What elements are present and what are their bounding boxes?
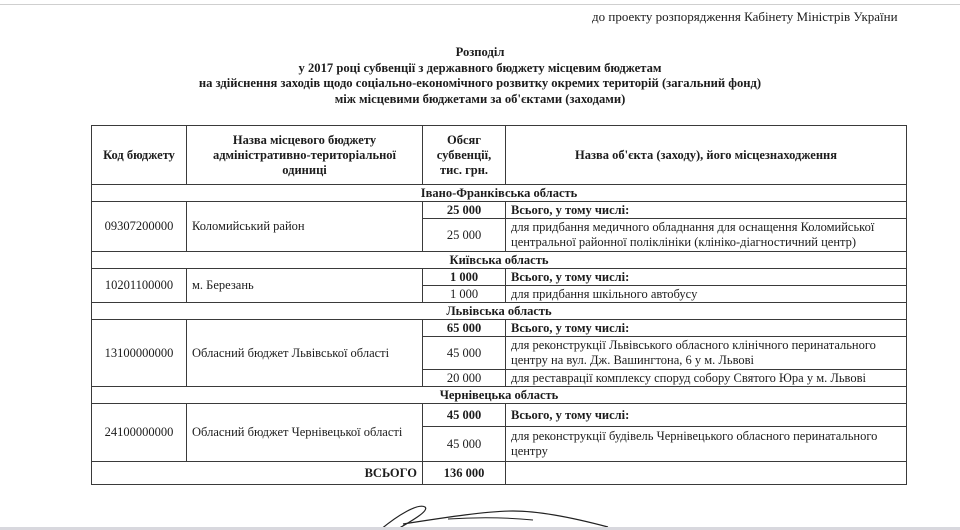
region-row: Чернівецька область <box>92 387 907 404</box>
title-line: Розподіл <box>0 45 960 61</box>
total-label: Всього, у тому числі: <box>506 202 907 219</box>
title-line: у 2017 році субвенції з державного бюдже… <box>0 61 960 77</box>
top-edge-line <box>0 4 960 5</box>
header-budget-name: Назва місцевого бюджету адміністративно-… <box>187 126 423 185</box>
annex-note: до проекту розпорядження Кабінету Мініст… <box>592 9 898 25</box>
total-amount: 1 000 <box>423 269 506 286</box>
item-amount: 45 000 <box>423 337 506 370</box>
table-row: 10201100000 м. Березань 1 000 Всього, у … <box>92 269 907 286</box>
total-label: Всього, у тому числі: <box>506 320 907 337</box>
document-title: Розподіл у 2017 році субвенції з державн… <box>0 45 960 107</box>
grand-total-label: ВСЬОГО <box>92 462 423 485</box>
item-description: для реставрації комплексу споруд собору … <box>506 370 907 387</box>
grand-total-row: ВСЬОГО 136 000 <box>92 462 907 485</box>
budget-name: м. Березань <box>187 269 423 303</box>
region-row: Івано-Франківська область <box>92 185 907 202</box>
total-label: Всього, у тому числі: <box>506 269 907 286</box>
item-amount: 1 000 <box>423 286 506 303</box>
total-amount: 25 000 <box>423 202 506 219</box>
budget-name: Обласний бюджет Чернівецької області <box>187 404 423 462</box>
table-row: 09307200000 Коломийський район 25 000 Вс… <box>92 202 907 219</box>
item-amount: 20 000 <box>423 370 506 387</box>
region-title: Київська область <box>92 252 907 269</box>
header-amount: Обсяг субвенції, тис. грн. <box>423 126 506 185</box>
budget-name: Коломийський район <box>187 202 423 252</box>
item-description: для придбання шкільного автобусу <box>506 286 907 303</box>
region-title: Івано-Франківська область <box>92 185 907 202</box>
item-description: для реконструкції Львівського обласного … <box>506 337 907 370</box>
total-amount: 65 000 <box>423 320 506 337</box>
item-amount: 45 000 <box>423 427 506 462</box>
allocation-table: Код бюджету Назва місцевого бюджету адмі… <box>91 125 907 485</box>
total-amount: 45 000 <box>423 404 506 427</box>
table-row: 13100000000 Обласний бюджет Львівської о… <box>92 320 907 337</box>
budget-name: Обласний бюджет Львівської області <box>187 320 423 387</box>
header-object: Назва об'єкта (заходу), його місцезнаход… <box>506 126 907 185</box>
header-code: Код бюджету <box>92 126 187 185</box>
budget-code: 24100000000 <box>92 404 187 462</box>
table-row: 24100000000 Обласний бюджет Чернівецької… <box>92 404 907 427</box>
total-label: Всього, у тому числі: <box>506 404 907 427</box>
region-title: Львівська область <box>92 303 907 320</box>
item-amount: 25 000 <box>423 219 506 252</box>
region-row: Київська область <box>92 252 907 269</box>
budget-code: 13100000000 <box>92 320 187 387</box>
table-header-row: Код бюджету Назва місцевого бюджету адмі… <box>92 126 907 185</box>
title-line: на здійснення заходів щодо соціально-еко… <box>0 76 960 92</box>
item-description: для придбання медичного обладнання для о… <box>506 219 907 252</box>
grand-total-amount: 136 000 <box>423 462 506 485</box>
empty-cell <box>506 462 907 485</box>
region-row: Львівська область <box>92 303 907 320</box>
budget-code: 10201100000 <box>92 269 187 303</box>
title-line: між місцевими бюджетами за об'єктами (за… <box>0 92 960 108</box>
budget-code: 09307200000 <box>92 202 187 252</box>
region-title: Чернівецька область <box>92 387 907 404</box>
item-description: для реконструкції будівель Чернівецького… <box>506 427 907 462</box>
